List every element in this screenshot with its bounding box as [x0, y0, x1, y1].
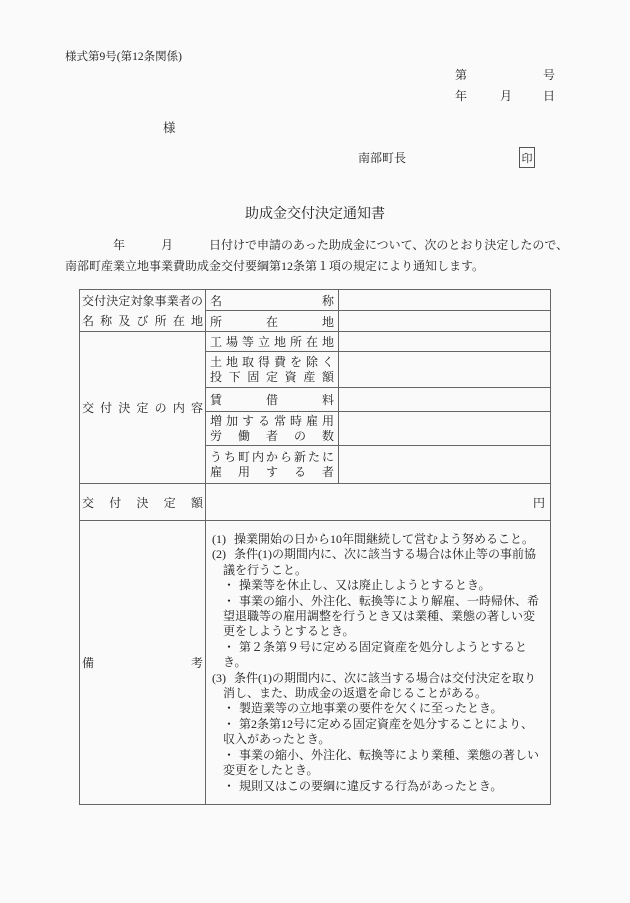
- rent-label-cell: 賃借料: [206, 388, 339, 412]
- decision-section-label-cell: 交付決定の内容: [80, 332, 206, 484]
- remark-text: 規則又はこの要綱に違反する行為があったとき。: [239, 779, 502, 793]
- remark-text: 条件(1)の期間内に、次に該当する場合は交付決定を取り消し、また、助成金の返還を…: [223, 671, 536, 700]
- employees-increase-label-cell: 増加する常時雇用 労働者の数: [206, 412, 339, 446]
- business-section-label-line2: 名称及び所在地: [82, 311, 203, 331]
- remarks-label-cell: 備考: [80, 521, 206, 804]
- remark-item: ・事業の縮小、外注化、転換等により業種、業態の著しい変更をしたとき。: [206, 748, 545, 779]
- date-month-label: 月: [500, 87, 512, 104]
- date-year-label: 年: [455, 87, 467, 104]
- remark-text: 操業等を休止し、又は廃止しようとするとき。: [239, 578, 491, 592]
- remark-marker: ・: [223, 779, 235, 793]
- remark-marker: ・: [223, 717, 235, 731]
- doc-number-suffix: 号: [543, 66, 555, 83]
- remark-item: ・事業の縮小、外注化、転換等により解雇、一時帰休、希望退職等の雇用調整を行うとき…: [206, 594, 545, 640]
- decision-section-label: 交付決定の内容: [82, 399, 203, 416]
- employees-increase-label-line2: 労働者の数: [210, 429, 334, 444]
- remark-item: (3)条件(1)の期間内に、次に該当する場合は交付決定を取り消し、また、助成金の…: [206, 671, 545, 702]
- remarks-content-cell: (1)操業開始の日から10年間継続して営むよう努めること。 (2)条件(1)の期…: [206, 521, 550, 804]
- remark-marker: ・: [223, 640, 235, 654]
- grant-decision-table: 交付決定対象事業者の 名称及び所在地 名称 所在地 交付決定の内容 工場等立地所…: [79, 289, 551, 805]
- document-page: 様式第9号(第12条関係) 第 号 年 月 日 様 南部町長 印 助成金交付決定…: [0, 0, 630, 903]
- remark-item: ・製造業等の立地事業の要件を欠くに至ったとき。: [206, 701, 545, 716]
- name-label-cell: 名称: [206, 290, 339, 311]
- rent-label: 賃借料: [210, 391, 334, 408]
- grant-amount-value-cell: 円: [206, 484, 550, 521]
- remark-text: 第2条第12号に定める固定資産を処分することにより、収入があったとき。: [223, 717, 533, 746]
- remark-text: 第２条第９号に定める固定資産を処分しようとするとき。: [223, 640, 527, 669]
- remark-text: 製造業等の立地事業の要件を欠くに至ったとき。: [239, 701, 503, 715]
- address-value-cell: [339, 311, 550, 332]
- fixed-assets-label-line2: 投下固定資産額: [210, 370, 334, 385]
- fixed-assets-label-cell: 土地取得費を除く 投下固定資産額: [206, 352, 339, 388]
- remark-marker: ・: [223, 578, 235, 592]
- remark-marker: ・: [223, 701, 235, 715]
- grant-amount-label: 交付決定額: [82, 494, 203, 511]
- local-hires-label-cell: うち町内から新たに 雇用する者: [206, 446, 339, 484]
- name-label: 名称: [210, 292, 334, 309]
- business-section-label-cell: 交付決定対象事業者の 名称及び所在地: [80, 290, 206, 332]
- remark-marker: ・: [223, 594, 235, 608]
- remark-item: ・操業等を休止し、又は廃止しようとするとき。: [206, 578, 545, 593]
- remark-item: (2)条件(1)の期間内に、次に該当する場合は休止等の事前協議を行うこと。: [206, 547, 545, 578]
- remark-marker: (1): [212, 532, 226, 546]
- grant-amount-label-cell: 交付決定額: [80, 484, 206, 521]
- date-day-label: 日: [543, 87, 555, 104]
- business-section-label-line1: 交付決定対象事業者の: [82, 291, 203, 311]
- remark-text: 操業開始の日から10年間継続して営むよう努めること。: [234, 532, 534, 546]
- yen-unit: 円: [533, 494, 545, 511]
- intro-paragraph: 年 月 日付けで申請のあった助成金について、次のとおり決定したので、南部町産業立…: [65, 235, 577, 277]
- remark-marker: ・: [223, 748, 235, 762]
- local-hires-label-line2: 雇用する者: [210, 465, 334, 480]
- factory-location-value-cell: [339, 332, 550, 352]
- seal-box: 印: [519, 147, 535, 168]
- fixed-assets-value-cell: [339, 352, 550, 388]
- factory-location-label: 工場等立地所在地: [210, 333, 334, 350]
- doc-number-prefix: 第: [455, 66, 467, 83]
- remark-text: 事業の縮小、外注化、転換等により解雇、一時帰休、希望退職等の雇用調整を行うとき又…: [223, 594, 539, 639]
- employees-increase-label-line1: 増加する常時雇用: [210, 414, 334, 429]
- document-title: 助成金交付決定通知書: [0, 203, 630, 223]
- remarks-label: 備考: [82, 654, 203, 671]
- local-hires-value-cell: [339, 446, 550, 484]
- employees-increase-value-cell: [339, 412, 550, 446]
- remark-marker: (3): [212, 671, 226, 685]
- addressee-honorific: 様: [163, 118, 176, 136]
- remark-marker: (2): [212, 547, 226, 561]
- remark-item: ・規則又はこの要綱に違反する行為があったとき。: [206, 779, 545, 794]
- remark-text: 条件(1)の期間内に、次に該当する場合は休止等の事前協議を行うこと。: [223, 547, 536, 576]
- remark-item: ・第２条第９号に定める固定資産を処分しようとするとき。: [206, 640, 545, 671]
- form-number: 様式第9号(第12条関係): [65, 48, 182, 64]
- address-label: 所在地: [210, 313, 334, 330]
- issuer-name: 南部町長: [358, 149, 406, 166]
- address-label-cell: 所在地: [206, 311, 339, 332]
- factory-location-label-cell: 工場等立地所在地: [206, 332, 339, 352]
- remark-item: ・第2条第12号に定める固定資産を処分することにより、収入があったとき。: [206, 717, 545, 748]
- remark-text: 事業の縮小、外注化、転換等により業種、業態の著しい変更をしたとき。: [223, 748, 539, 777]
- local-hires-label-line1: うち町内から新たに: [210, 450, 334, 465]
- remark-item: (1)操業開始の日から10年間継続して営むよう努めること。: [206, 532, 545, 547]
- fixed-assets-label-line1: 土地取得費を除く: [210, 355, 334, 370]
- rent-value-cell: [339, 388, 550, 412]
- name-value-cell: [339, 290, 550, 311]
